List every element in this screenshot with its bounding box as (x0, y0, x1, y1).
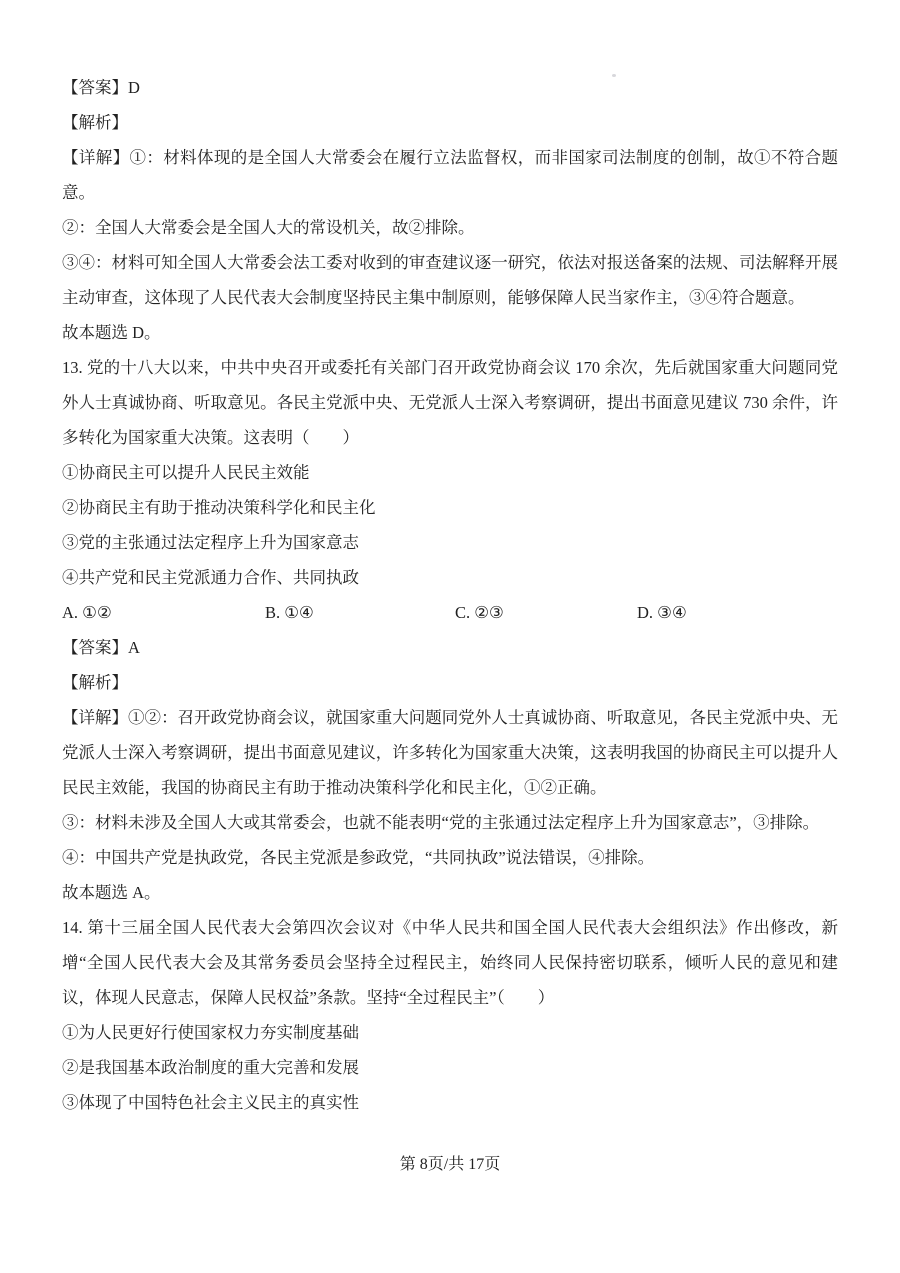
option-a: A. ①② (62, 595, 112, 630)
explanation-conclusion: 故本题选 D。 (62, 315, 838, 350)
option-c: C. ②③ (455, 595, 504, 630)
document-body: 【答案】D 【解析】 【详解】①：材料体现的是全国人大常委会在履行立法监督权，而… (62, 70, 838, 1120)
answer-label: 【答案】D (62, 70, 838, 105)
question-13-options: A. ①② B. ①④ C. ②③ D. ③④ (62, 595, 838, 630)
explanation-paragraph: ④：中国共产党是执政党，各民主党派是参政党，“共同执政”说法错误，④排除。 (62, 840, 838, 875)
explanation-paragraph: ②：全国人大常委会是全国人大的常设机关，故②排除。 (62, 210, 838, 245)
explanation-conclusion: 故本题选 A。 (62, 875, 838, 910)
question-14-item-3: ③体现了中国特色社会主义民主的真实性 (62, 1085, 838, 1120)
document-page: { "page": { "footer": "第 8页/共 17页", "bac… (0, 0, 900, 1273)
page-number-footer: 第 8页/共 17页 (0, 1152, 900, 1178)
question-14-item-2: ②是我国基本政治制度的重大完善和发展 (62, 1050, 838, 1085)
option-b: B. ①④ (265, 595, 314, 630)
analysis-label: 【解析】 (62, 665, 838, 700)
question-14-item-1: ①为人民更好行使国家权力夯实制度基础 (62, 1015, 838, 1050)
question-13-item-2: ②协商民主有助于推动决策科学化和民主化 (62, 490, 838, 525)
option-d: D. ③④ (637, 595, 687, 630)
explanation-paragraph: 【详解】①：材料体现的是全国人大常委会在履行立法监督权，而非国家司法制度的创制，… (62, 140, 838, 210)
question-13-item-1: ①协商民主可以提升人民民主效能 (62, 455, 838, 490)
answer-label: 【答案】A (62, 630, 838, 665)
question-14-stem: 14. 第十三届全国人民代表大会第四次会议对《中华人民共和国全国人民代表大会组织… (62, 910, 838, 1015)
analysis-label: 【解析】 (62, 105, 838, 140)
explanation-paragraph: ③：材料未涉及全国人大或其常委会，也就不能表明“党的主张通过法定程序上升为国家意… (62, 805, 838, 840)
explanation-paragraph: ③④：材料可知全国人大常委会法工委对收到的审查建议逐一研究，依法对报送备案的法规… (62, 245, 838, 315)
question-13-item-3: ③党的主张通过法定程序上升为国家意志 (62, 525, 838, 560)
question-13-stem: 13. 党的十八大以来，中共中央召开或委托有关部门召开政党协商会议 170 余次… (62, 350, 838, 455)
question-13-item-4: ④共产党和民主党派通力合作、共同执政 (62, 560, 838, 595)
explanation-paragraph: 【详解】①②：召开政党协商会议，就国家重大问题同党外人士真诚协商、听取意见，各民… (62, 700, 838, 805)
